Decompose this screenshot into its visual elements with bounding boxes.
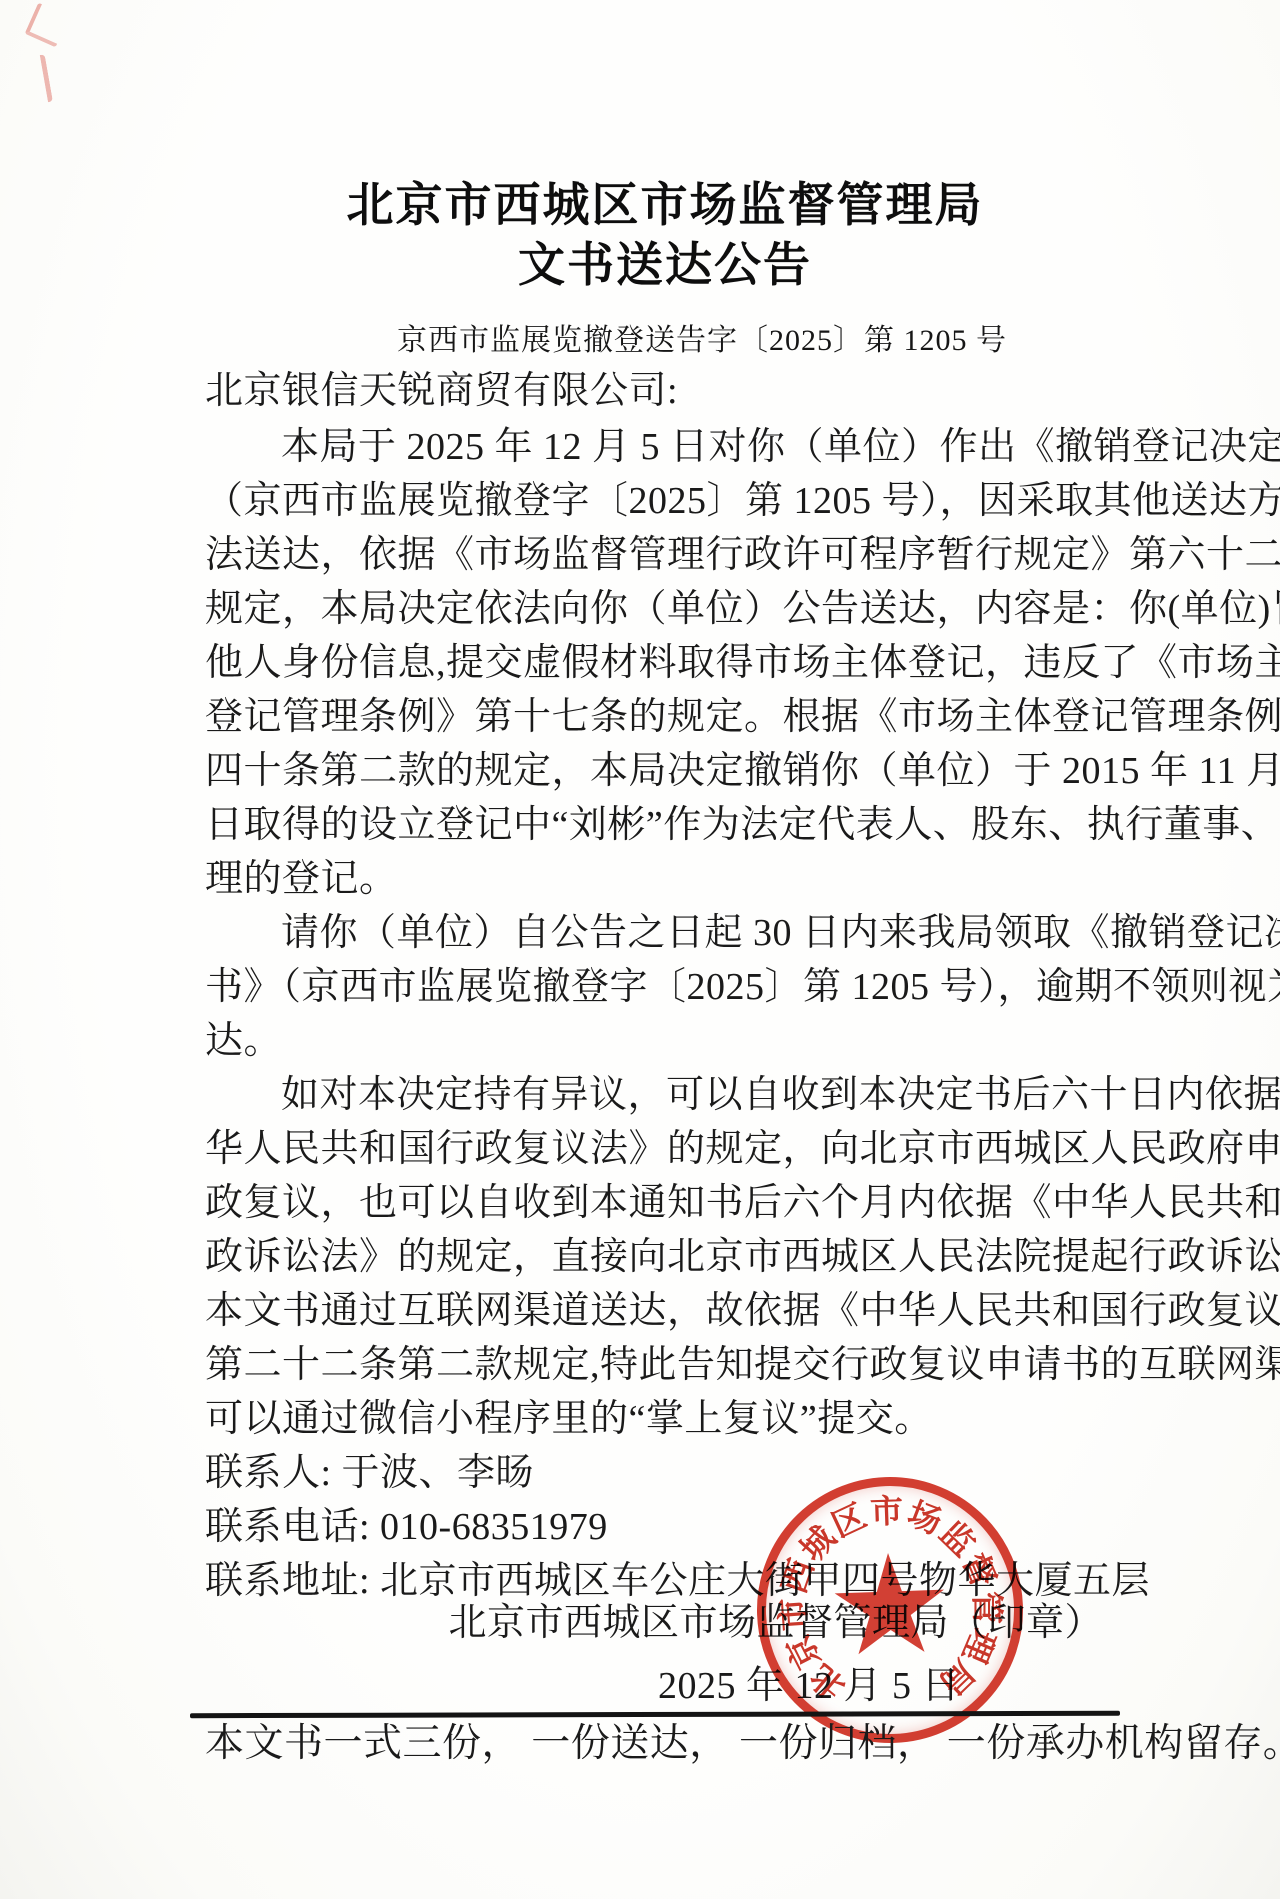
body-line: 华人民共和国行政复议法》的规定，向北京市西城区人民政府申请行 <box>205 1128 1280 1171</box>
body-line: 政诉讼法》的规定，直接向北京市西城区人民法院提起行政诉讼。因 <box>205 1236 1280 1279</box>
doc-number: 京西市监展览撤登送告字〔2025〕第 1205 号 <box>397 315 1007 359</box>
contact-phone-line: 联系电话: 010-68351979 <box>205 1506 608 1549</box>
body-line: 本局于 2025 年 12 月 5 日对你（单位）作出《撤销登记决定书》 <box>281 426 1280 469</box>
body-line: 第二十二条第二款规定,特此告知提交行政复议申请书的互联网渠道: <box>205 1344 1280 1387</box>
body-line: 书》（京西市监展览撤登字〔2025〕第 1205 号），逾期不领则视为送 <box>205 966 1280 1009</box>
body-line: 登记管理条例》第十七条的规定。根据《市场主体登记管理条例》第 <box>205 696 1280 739</box>
body-line: 法送达，依据《市场监督管理行政许可程序暂行规定》第六十二条的 <box>205 534 1280 577</box>
doc-title-line1: 北京市西城区市场监督管理局 <box>347 181 984 228</box>
body-line: （京西市监展览撤登字〔2025〕第 1205 号），因采取其他送达方式无 <box>205 480 1280 523</box>
seal-arc-char: 市 <box>776 1597 811 1632</box>
body-line: 四十条第二款的规定，本局决定撤销你（单位）于 2015 年 11 月 12 <box>205 750 1280 793</box>
body-line: 本文书通过互联网渠道送达，故依据《中华人民共和国行政复议法》 <box>205 1290 1280 1333</box>
body-line: 可以通过微信小程序里的“掌上复议”提交。 <box>205 1398 933 1441</box>
body-line: 如对本决定持有异议，可以自收到本决定书后六十日内依据《中 <box>281 1074 1280 1117</box>
red-ink-smudge <box>20 54 53 106</box>
addressee-line: 北京银信天锐商贸有限公司: <box>205 370 678 413</box>
document-page: 北京市西城区市场监督管理局 文书送达公告 京西市监展览撤登送告字〔2025〕第 … <box>0 0 1280 1899</box>
body-line: 他人身份信息,提交虚假材料取得市场主体登记，违反了《市场主体 <box>205 642 1280 685</box>
footer-note-line: 本文书一式三份， 一份送达， 一份归档， 一份承办机构留存。 <box>205 1722 1280 1766</box>
body-line: 政复议，也可以自收到本通知书后六个月内依据《中华人民共和国行 <box>205 1182 1280 1225</box>
seal-arc-char: 市 <box>869 1494 903 1528</box>
body-line: 规定，本局决定依法向你（单位）公告送达，内容是：你(单位)冒用 <box>205 588 1280 631</box>
body-line: 达。 <box>205 1020 282 1063</box>
doc-title-line2: 文书送达公告 <box>518 241 812 288</box>
body-line: 请你（单位）自公告之日起 30 日内来我局领取《撤销登记决定 <box>281 912 1280 955</box>
seal-arc-char: 管 <box>970 1591 1003 1624</box>
body-line: 理的登记。 <box>205 858 398 901</box>
official-seal: 北京市西城区市场监督管理局 <box>752 1472 1027 1747</box>
red-ink-smudge <box>25 3 70 48</box>
body-line: 日取得的设立登记中“刘彬”作为法定代表人、股东、执行董事、经 <box>205 804 1280 847</box>
contact-person-line: 联系人: 于波、李旸 <box>205 1452 534 1495</box>
